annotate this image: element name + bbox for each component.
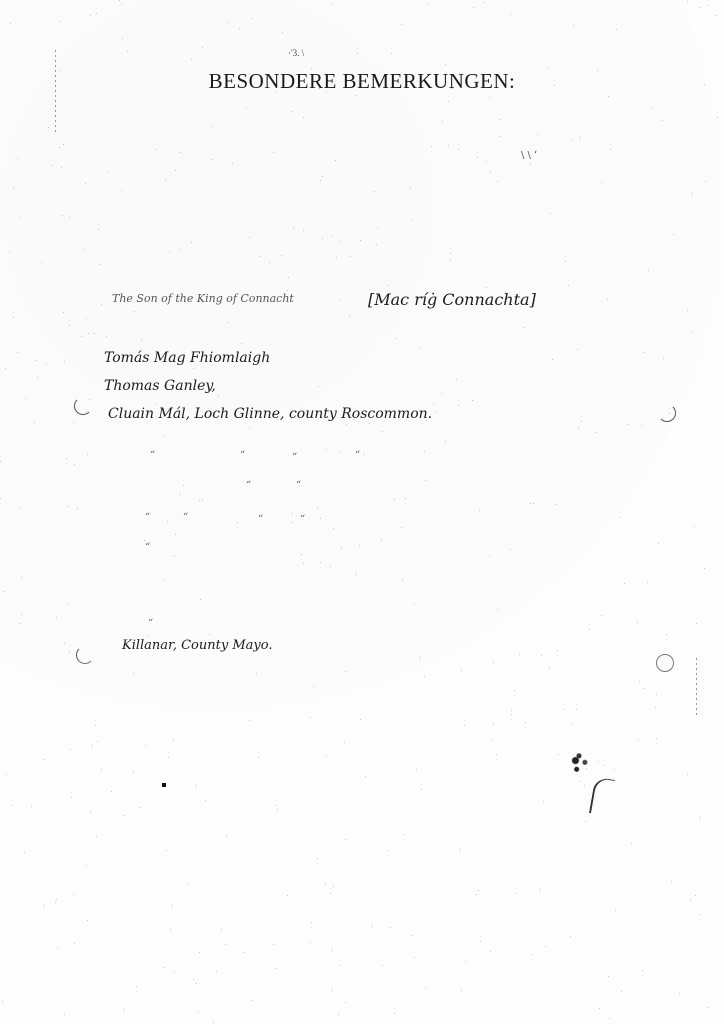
story-title-irish: [Mac ríġ Connachta]	[368, 290, 536, 309]
narrator-name-irish: Tomás Mag Fhiomlaigh	[104, 350, 270, 366]
ditto-mark: “	[246, 480, 251, 491]
ditto-mark: “	[355, 450, 360, 461]
ditto-mark: “	[145, 542, 150, 553]
punch-hole-mark	[658, 404, 676, 422]
ditto-mark: “	[183, 512, 188, 523]
punch-hole-mark	[76, 646, 94, 664]
scan-marks: \ \ ʻ	[521, 150, 537, 161]
ditto-mark: “	[240, 450, 245, 461]
ditto-mark: “	[148, 618, 153, 629]
ink-dot	[162, 783, 166, 787]
ditto-mark: “	[145, 512, 150, 523]
ditto-mark: “	[258, 514, 263, 525]
punch-hole-mark	[656, 654, 674, 672]
ditto-mark: “	[150, 450, 155, 461]
document-page: ·'3. \ BESONDERE BEMERKUNGEN: \ \ ʻ The …	[0, 0, 724, 1024]
story-title-english: The Son of the King of Connacht	[112, 292, 294, 305]
page-heading: BESONDERE BEMERKUNGEN:	[0, 69, 724, 94]
ink-smudge	[561, 744, 596, 780]
narrator-name-english: Thomas Ganley,	[104, 378, 216, 394]
narrator-place: Cluain Mál, Loch Glinne, county Roscommo…	[108, 406, 432, 422]
ink-stroke	[589, 777, 615, 817]
ditto-mark: “	[292, 452, 297, 463]
scan-edge-line	[55, 50, 56, 135]
ditto-mark: “	[300, 514, 305, 525]
scan-edge-line	[696, 658, 697, 718]
ditto-mark: “	[296, 480, 301, 491]
heading-annotation-mark: ·'3. \	[288, 48, 304, 58]
